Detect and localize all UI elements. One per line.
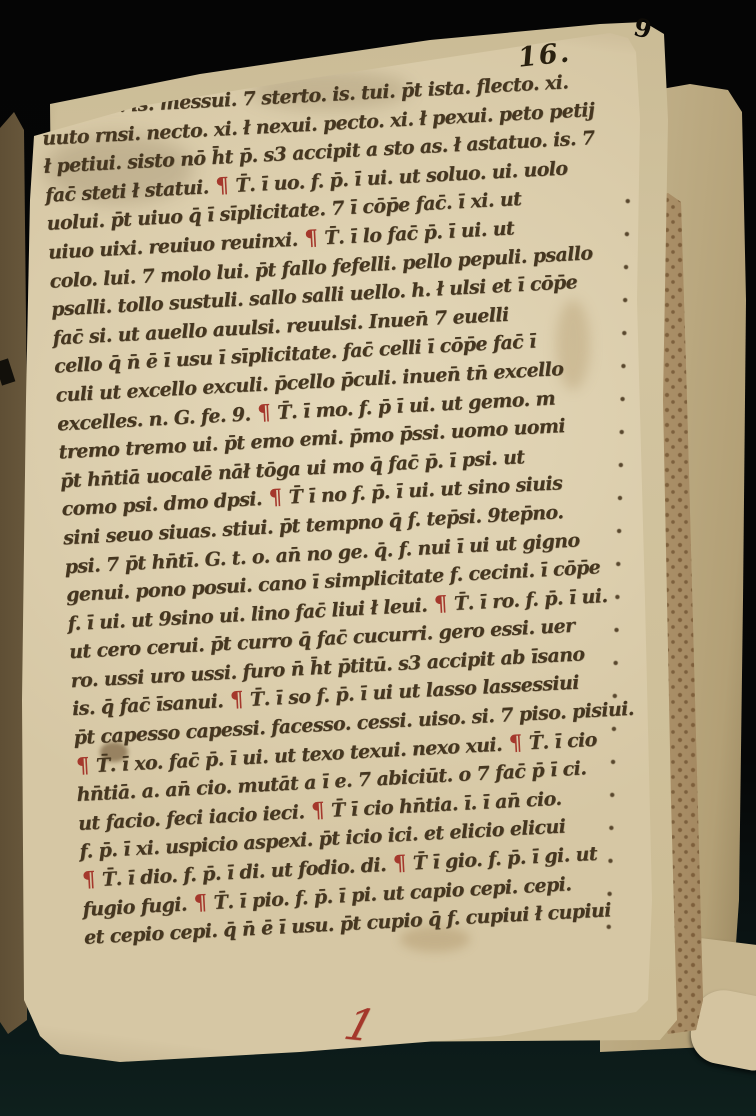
rubric-pilcrow: ¶ bbox=[228, 688, 244, 714]
rubric-pilcrow: ¶ bbox=[432, 591, 448, 617]
rubric-pilcrow: ¶ bbox=[80, 867, 96, 893]
rubric-pilcrow: ¶ bbox=[267, 485, 283, 511]
rubric-pilcrow: ¶ bbox=[507, 730, 523, 756]
rubric-pilcrow: ¶ bbox=[310, 798, 326, 824]
text-block: ut meto. is. messui. 7 sterto. is. tui. … bbox=[40, 66, 664, 953]
rubric-pilcrow: ¶ bbox=[303, 226, 319, 252]
rubric-pilcrow: ¶ bbox=[214, 173, 230, 199]
rubric-pilcrow: ¶ bbox=[391, 851, 407, 877]
rubric-pilcrow: ¶ bbox=[256, 400, 272, 426]
rubric-pilcrow: ¶ bbox=[192, 890, 208, 916]
quire-mark: 1 bbox=[339, 999, 381, 1052]
rubric-pilcrow: ¶ bbox=[74, 753, 90, 779]
photo-backdrop: 9 16. ut meto. is. messui. 7 sterto. is.… bbox=[0, 0, 756, 1116]
